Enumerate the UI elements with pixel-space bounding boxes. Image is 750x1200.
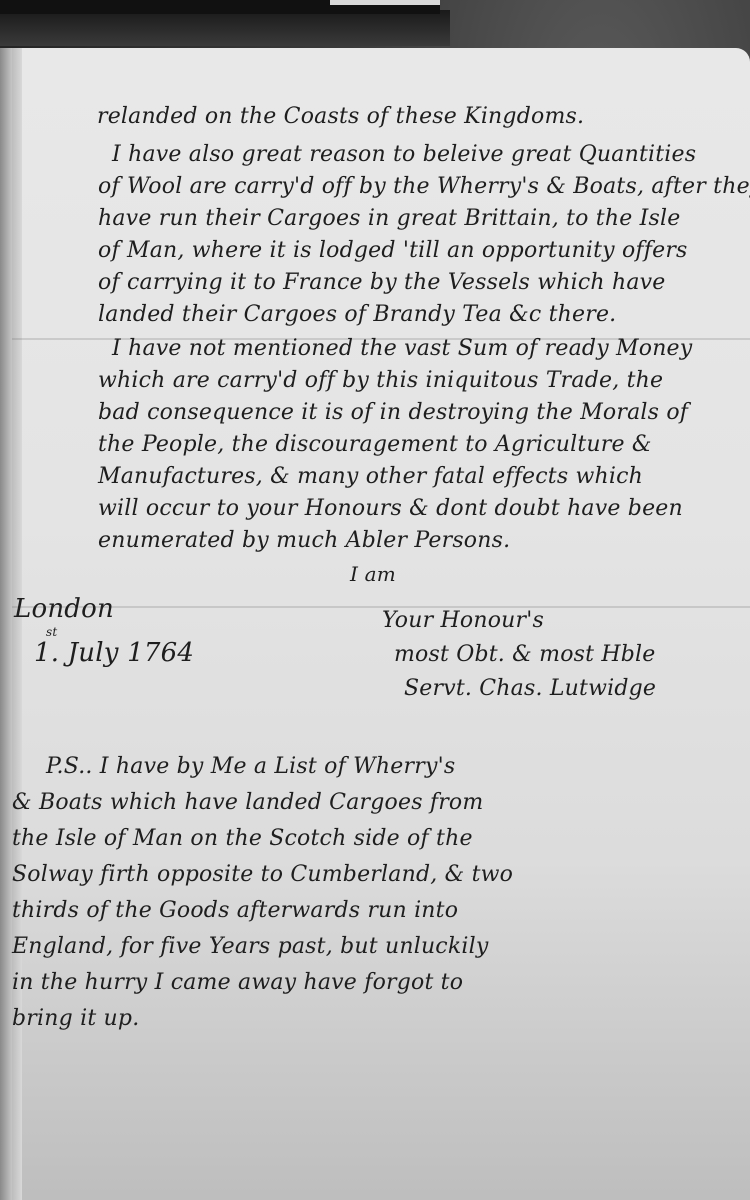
body-line: relanded on the Coasts of these Kingdoms… bbox=[97, 106, 584, 128]
body-line: will occur to your Honours & dont doubt … bbox=[98, 498, 683, 520]
postscript-line: Solway firth opposite to Cumberland, & t… bbox=[12, 864, 513, 886]
postscript-line: & Boats which have landed Cargoes from bbox=[12, 792, 483, 814]
top-shadow bbox=[0, 10, 450, 46]
body-line: I have also great reason to beleive grea… bbox=[112, 144, 696, 166]
postscript-line: in the hurry I came away have forgot to bbox=[12, 972, 463, 994]
body-line: of carrying it to France by the Vessels … bbox=[98, 272, 666, 294]
signoff-line: most Obt. & most Hble bbox=[394, 644, 656, 666]
signature: Servt. Chas. Lutwidge bbox=[404, 678, 656, 700]
body-line: of Wool are carry'd off by the Wherry's … bbox=[98, 176, 750, 198]
postscript-line: England, for five Years past, but unluck… bbox=[12, 936, 488, 958]
postscript-line: bring it up. bbox=[12, 1008, 139, 1030]
body-line: I have not mentioned the vast Sum of rea… bbox=[112, 338, 692, 360]
body-line: Manufactures, & many other fatal effects… bbox=[98, 466, 643, 488]
top-paper-corner bbox=[330, 0, 440, 5]
manuscript-page: relanded on the Coasts of these Kingdoms… bbox=[12, 48, 750, 1200]
body-line: landed their Cargoes of Brandy Tea &c th… bbox=[98, 304, 616, 326]
body-line: which are carry'd off by this iniquitous… bbox=[98, 370, 663, 392]
body-line: the People, the discouragement to Agricu… bbox=[98, 434, 652, 456]
body-line: enumerated by much Abler Persons. bbox=[98, 530, 510, 552]
postscript-line: thirds of the Goods afterwards run into bbox=[12, 900, 458, 922]
body-line: have run their Cargoes in great Brittain… bbox=[98, 208, 680, 230]
body-line: of Man, where it is lodged 'till an oppo… bbox=[98, 240, 688, 262]
signoff-line: Your Honour's bbox=[382, 610, 544, 632]
fold-line bbox=[12, 606, 750, 608]
body-line: bad consequence it is of in destroying t… bbox=[98, 402, 688, 424]
postscript-line: the Isle of Man on the Scotch side of th… bbox=[12, 828, 473, 850]
postscript-line: P.S.. I have by Me a List of Wherry's bbox=[46, 756, 455, 778]
letter-date: 1. July 1764 bbox=[34, 640, 194, 666]
place-name: London bbox=[14, 596, 114, 622]
date-ordinal: st bbox=[46, 626, 57, 638]
salutation: I am bbox=[350, 564, 396, 584]
